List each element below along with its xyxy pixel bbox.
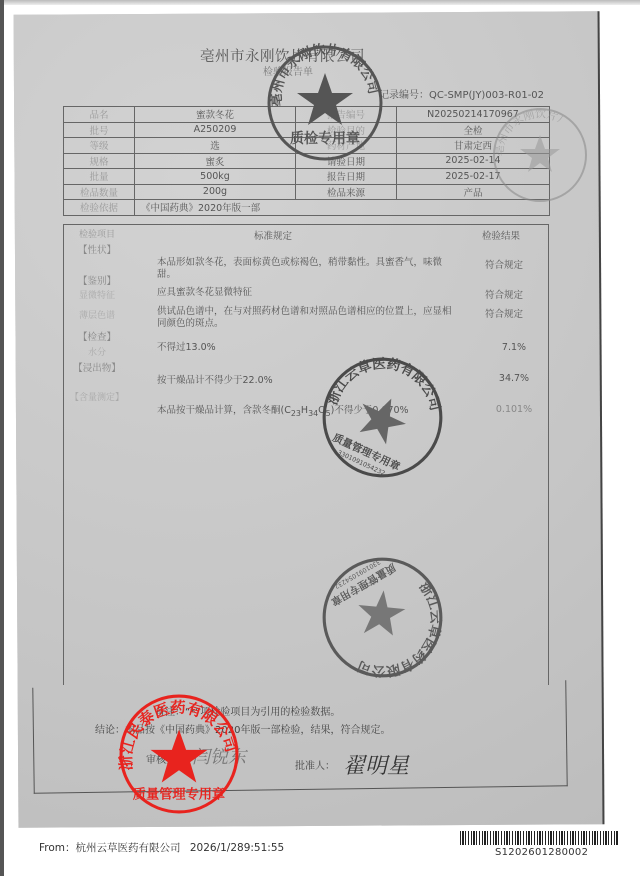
- standard-moisture: 不得过13.0%: [157, 342, 457, 354]
- result-appearance: 符合规定: [464, 257, 544, 271]
- section-extract: 【浸出物】: [64, 360, 130, 374]
- section-assay: 【含量测定】: [64, 390, 130, 403]
- standard-assay: 本品按干燥品计算，含款冬酮(C23H34O5)不得少于0.070%: [157, 405, 457, 420]
- info-row: 批号 A250209 检验目的 全检: [64, 122, 550, 138]
- reviewer-signature: 闫锐东: [192, 747, 246, 768]
- info-row: 批量 500kg 报告日期 2025-02-17: [64, 169, 550, 185]
- info-label: 批量: [64, 169, 135, 185]
- approver-signature: 翟明星: [343, 754, 409, 779]
- results-section: 检验项目 标准规定 检验结果 【性状】 本品形如款冬花，表面棕黄色或棕褐色，稍带…: [63, 224, 549, 685]
- info-label: 品名: [64, 107, 135, 123]
- assay-text: 本品按干燥品计算，含款冬酮(C: [157, 405, 291, 416]
- item-tlc: 薄层色谱: [64, 308, 130, 321]
- record-number-label: 记录编号：: [379, 90, 429, 101]
- info-table: 品名 蜜款冬花 报告编号 N20250214170967 批号 A250209 …: [63, 106, 550, 216]
- result-extract: 34.7%: [474, 373, 554, 384]
- info-label: 报告日期: [296, 169, 397, 185]
- assay-sub: 34: [308, 409, 318, 418]
- fax-from-company: 杭州云草医药有限公司: [76, 842, 181, 854]
- record-number-value: QC-SMP(JY)003-R01-02: [429, 90, 544, 101]
- scan-top-edge: [0, 0, 640, 5]
- assay-text: O: [318, 405, 325, 416]
- standard-appearance: 本品形如款冬花，表面棕黄色或棕褐色，稍带黏性。具蜜香气，味微甜。: [157, 257, 457, 281]
- basis-value: 《中国药典》2020年版一部: [135, 200, 550, 216]
- info-label: 报告编号: [296, 107, 397, 123]
- result-moisture: 7.1%: [474, 342, 554, 353]
- reviewer-label: 审核人：: [146, 755, 186, 766]
- info-value: 选: [135, 138, 296, 154]
- section-identification: 【鉴别】: [64, 273, 130, 287]
- reviewer: 审核人：闫锐东: [146, 743, 246, 769]
- info-label: 检品来源: [296, 184, 397, 200]
- basis-label: 检验依据: [64, 200, 135, 216]
- fax-from: From：杭州云草医药有限公司 2026/1/289:51:55: [39, 840, 284, 855]
- info-value: A250209: [135, 122, 296, 138]
- info-label: 药材产地: [296, 138, 397, 154]
- info-value: 甘肃定西: [397, 138, 550, 154]
- info-label: 批号: [64, 122, 135, 138]
- info-value: 全检: [397, 122, 550, 138]
- standard-tlc: 供试品色谱中，在与对照药材色谱和对照品色谱相应的位置上，应显相同颜色的斑点。: [157, 306, 457, 330]
- info-row-basis: 检验依据 《中国药典》2020年版一部: [64, 200, 550, 216]
- info-value: 500kg: [135, 169, 296, 185]
- report-subtitle: 检验报告单: [263, 63, 313, 78]
- section-appearance: 【性状】: [64, 242, 130, 256]
- bottom-frame: [32, 680, 567, 793]
- result-tlc: 符合规定: [464, 306, 544, 320]
- result-assay: 0.101%: [474, 404, 554, 415]
- assay-text: H: [301, 405, 308, 416]
- info-label: 请验日期: [296, 153, 397, 169]
- info-label: 检品数量: [64, 184, 135, 200]
- section-inspection: 【检查】: [64, 329, 130, 343]
- info-row: 等级 选 药材产地 甘肃定西: [64, 138, 550, 154]
- remark-note: 备注：“*”项检验项目为引用的检验数据。: [155, 703, 340, 718]
- info-value: 产品: [397, 184, 550, 200]
- header-item: 检验项目: [64, 227, 130, 240]
- scan-left-edge: [0, 0, 4, 876]
- info-value: 蜜款冬花: [135, 107, 296, 123]
- info-label: 检验目的: [296, 122, 397, 138]
- info-label: 规格: [64, 153, 135, 169]
- assay-text: )不得少于0.070%: [331, 405, 409, 416]
- fax-timestamp: 2026/1/289:51:55: [190, 842, 284, 854]
- fax-from-label: From：: [39, 842, 76, 854]
- approver: 批准人：翟明星: [295, 745, 409, 776]
- conclusion: 结论：本品按《中国药典》2020年版一部检验，结果，符合规定。: [95, 721, 390, 736]
- info-label: 等级: [64, 138, 135, 154]
- item-microscopic: 显微特征: [64, 288, 130, 301]
- info-row: 品名 蜜款冬花 报告编号 N20250214170967: [64, 107, 550, 123]
- info-value: 200g: [135, 184, 296, 200]
- barcode-number: S1202601280002: [495, 847, 588, 858]
- standard-microscopic: 应具蜜款冬花显微特征: [157, 287, 457, 299]
- info-row: 检品数量 200g 检品来源 产品: [64, 184, 550, 200]
- info-value: N20250214170967: [397, 107, 550, 123]
- result-microscopic: 符合规定: [464, 287, 544, 301]
- info-value: 2025-02-17: [397, 169, 550, 185]
- info-value: 蜜炙: [135, 153, 296, 169]
- barcode-icon: [460, 831, 618, 845]
- standard-extract: 按干燥品计不得少于22.0%: [157, 375, 457, 387]
- assay-sub: 23: [291, 409, 301, 418]
- info-value: 2025-02-14: [397, 153, 550, 169]
- item-moisture: 水分: [64, 345, 130, 358]
- approver-label: 批准人：: [295, 761, 335, 772]
- header-standard: 标准规定: [254, 228, 292, 242]
- header-result: 检验结果: [482, 228, 520, 242]
- record-number: 记录编号：QC-SMP(JY)003-R01-02: [379, 86, 544, 101]
- info-row: 规格 蜜炙 请验日期 2025-02-14: [64, 153, 550, 169]
